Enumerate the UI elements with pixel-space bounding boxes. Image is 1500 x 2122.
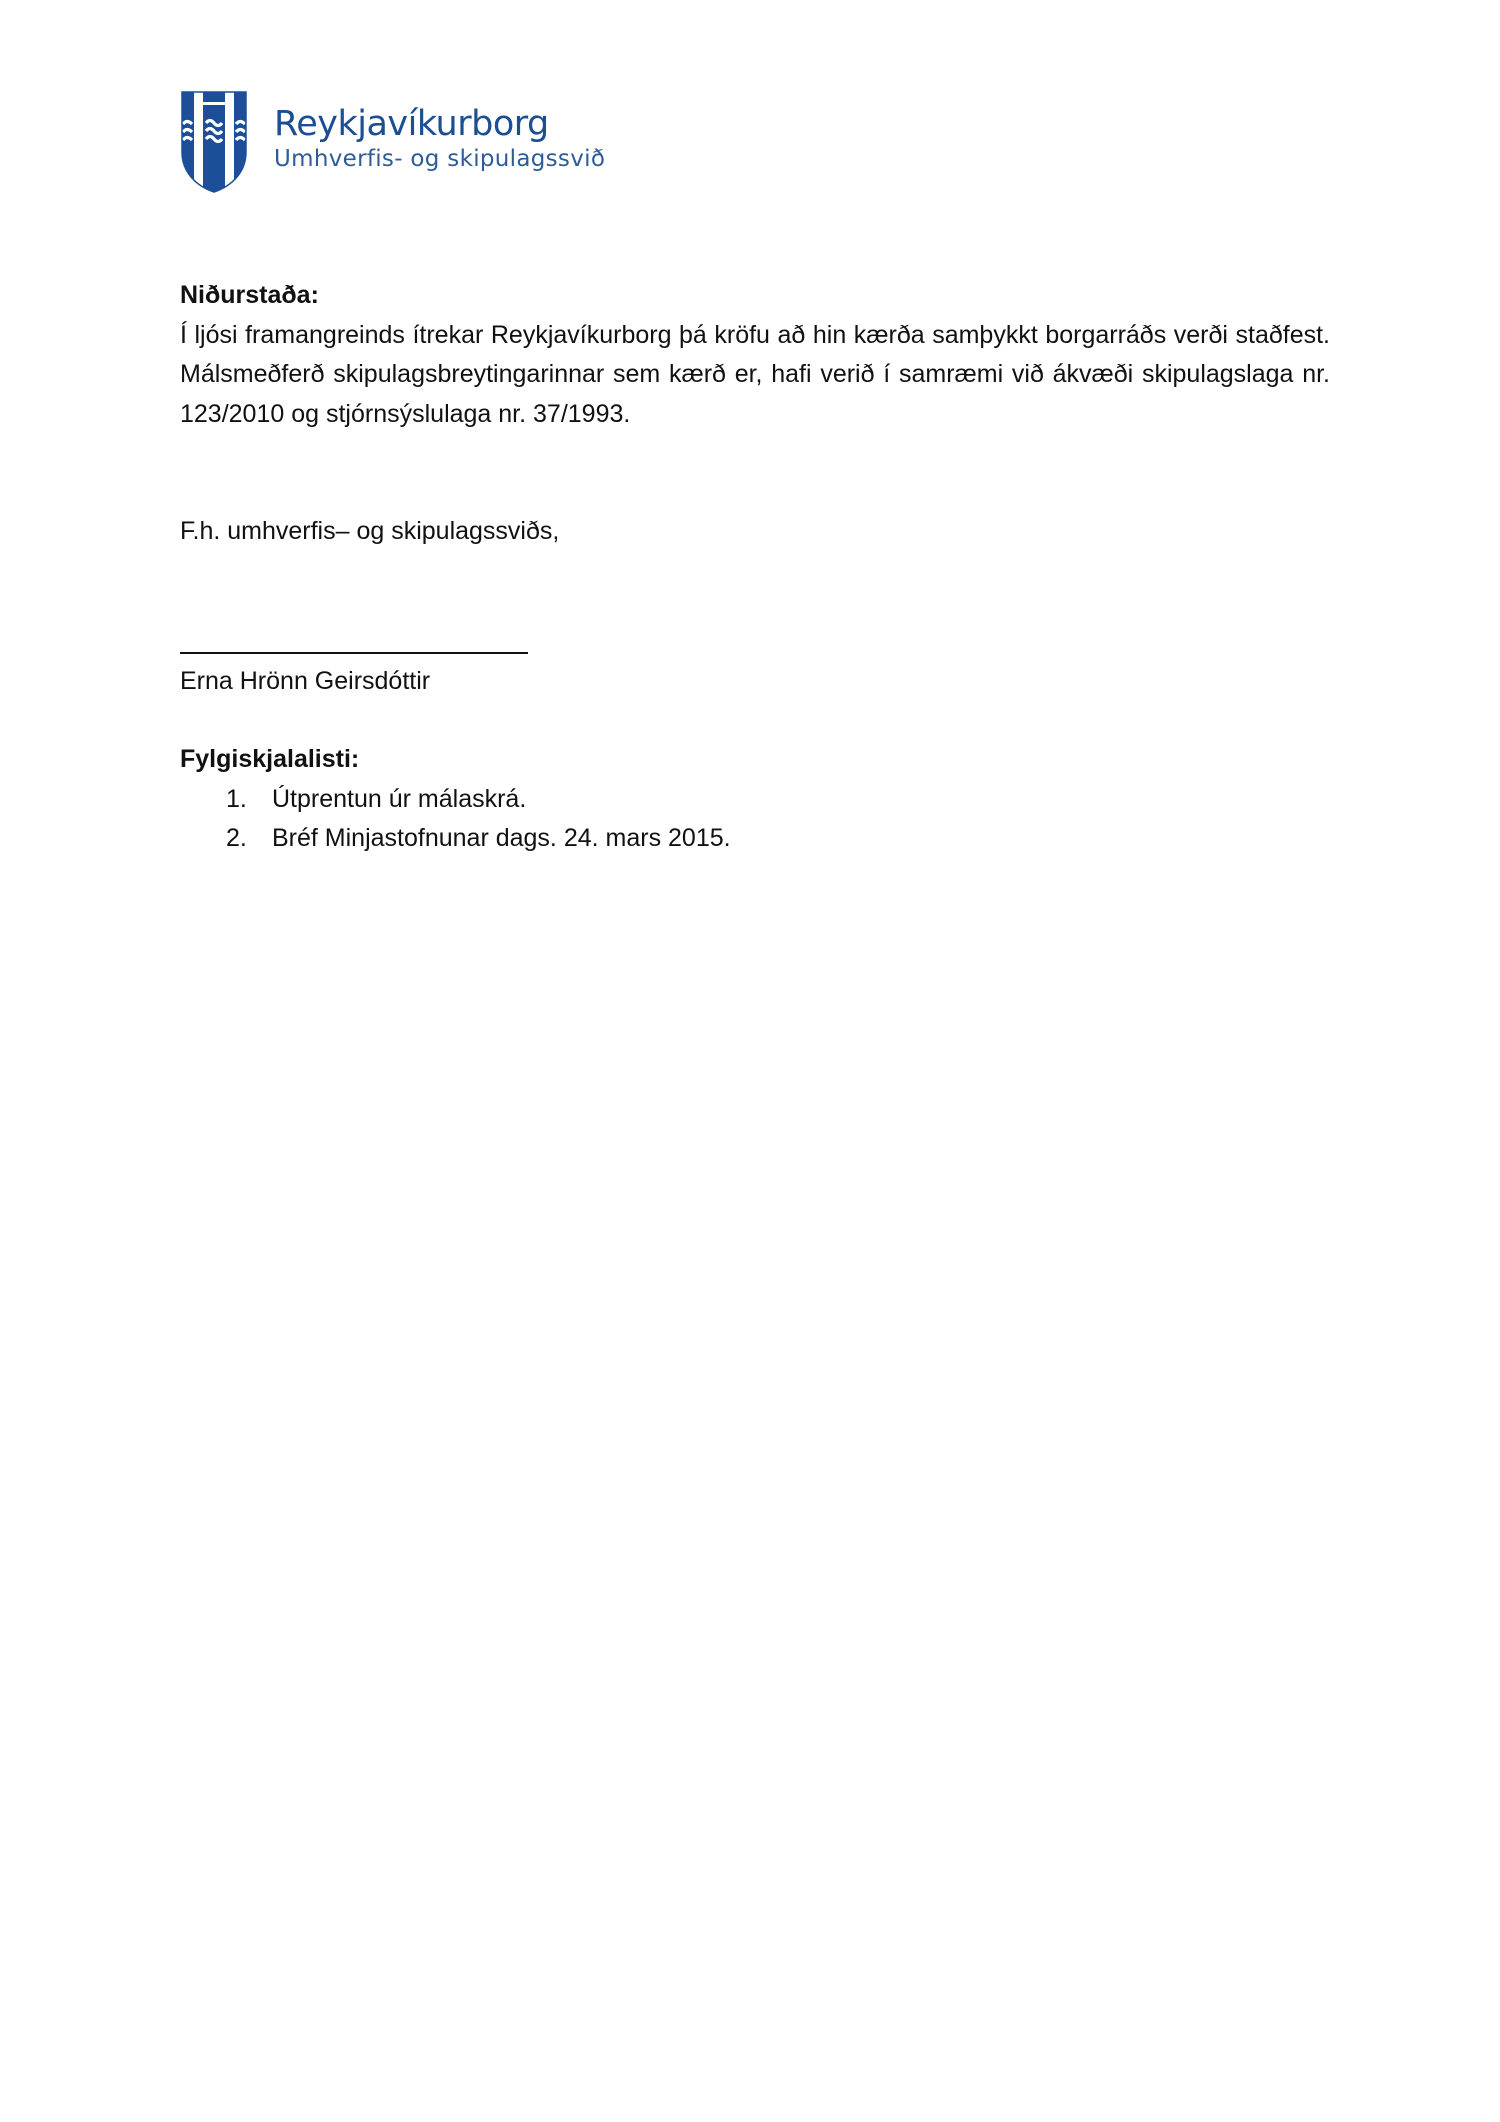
list-item: 2. Bréf Minjastofnunar dags. 24. mars 20…	[180, 819, 1330, 859]
attachments-heading: Fylgiskjalalisti:	[180, 740, 1330, 780]
signature-line	[180, 630, 528, 654]
conclusion-paragraph: Í ljósi framangreinds ítrekar Reykjavíku…	[180, 316, 1330, 435]
signer-name: Erna Hrönn Geirsdóttir	[180, 662, 1330, 702]
letterhead: Reykjavíkurborg Umhverfis- og skipulagss…	[180, 90, 605, 194]
list-item-number: 1.	[226, 780, 272, 820]
department-name: Umhverfis- og skipulagssvið	[274, 145, 605, 173]
list-item-text: Útprentun úr málaskrá.	[272, 780, 526, 820]
document-page: Reykjavíkurborg Umhverfis- og skipulagss…	[0, 0, 1500, 2122]
brand-block: Reykjavíkurborg Umhverfis- og skipulagss…	[274, 105, 605, 173]
letter-body: Niðurstaða: Í ljósi framangreinds ítreka…	[180, 276, 1330, 859]
reykjavik-coat-of-arms-icon	[180, 90, 248, 194]
organization-name: Reykjavíkurborg	[274, 105, 605, 143]
attachments-list: 1. Útprentun úr málaskrá. 2. Bréf Minjas…	[180, 780, 1330, 859]
list-item-number: 2.	[226, 819, 272, 859]
list-item-text: Bréf Minjastofnunar dags. 24. mars 2015.	[272, 819, 731, 859]
closing-line: F.h. umhverfis– og skipulagssviðs,	[180, 512, 1330, 552]
conclusion-heading: Niðurstaða:	[180, 276, 1330, 316]
list-item: 1. Útprentun úr málaskrá.	[180, 780, 1330, 820]
